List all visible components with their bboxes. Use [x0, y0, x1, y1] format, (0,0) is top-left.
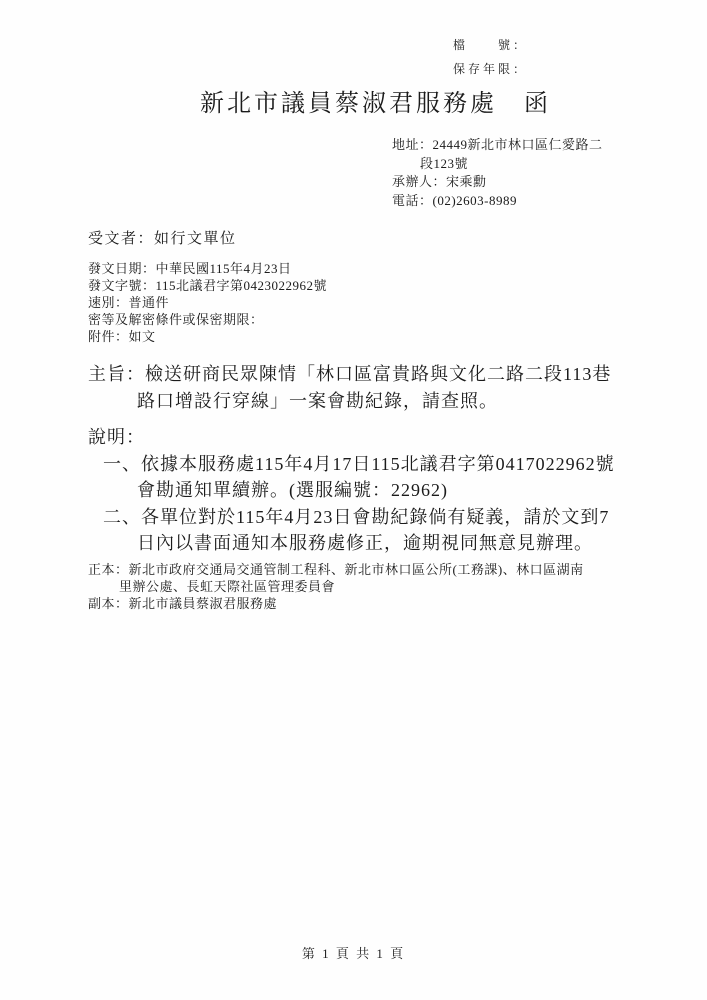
file-number-label: 檔 號： — [453, 33, 528, 57]
priority-line: 速別：普通件 — [88, 294, 327, 311]
page-number: 第 1 頁 共 1 頁 — [0, 943, 707, 962]
original-recipients-line-2: 里辦公處、長虹天際社區管理委員會 — [88, 578, 584, 595]
explanation-item-2-line-2: 日內以書面通知本服務處修正，逾期視同無意見辦理。 — [137, 530, 615, 557]
explanation-heading: 說明： — [88, 424, 615, 451]
document-meta: 發文日期：中華民國115年4月23日 發文字號：115北議君字第04230229… — [88, 260, 327, 345]
sender-address-line2: 段123號 — [392, 155, 603, 174]
subject-block: 主旨：檢送研商民眾陳情「林口區富貴路與文化二路二段113巷 路口增設行穿線」一案… — [88, 361, 611, 415]
explanation-block: 說明： 一、依據本服務處115年4月17日115北議君字第0417022962號… — [88, 424, 615, 557]
retention-period-label: 保存年限： — [453, 57, 528, 81]
document-title: 新北市議員蔡淑君服務處 函 — [200, 83, 551, 118]
cc-recipients-line: 副本：新北市議員蔡淑君服務處 — [88, 595, 584, 612]
issue-date-line: 發文日期：中華民國115年4月23日 — [88, 260, 327, 277]
copies-block: 正本：新北市政府交通局交通管制工程科、新北市林口區公所(工務課)、林口區湖南 里… — [88, 561, 584, 612]
document-page: 檔 號： 保存年限： 新北市議員蔡淑君服務處 函 地址：24449新北市林口區仁… — [0, 0, 707, 1000]
explanation-item-1-line-1: 一、依據本服務處115年4月17日115北議君字第0417022962號 — [103, 451, 615, 478]
explanation-item-1-line-2: 會勘通知單續辦。(選服編號：22962) — [137, 477, 615, 504]
attachment-line: 附件：如文 — [88, 328, 327, 345]
original-recipients-line-1: 正本：新北市政府交通局交通管制工程科、新北市林口區公所(工務課)、林口區湖南 — [88, 561, 584, 578]
explanation-item-2-line-1: 二、各單位對於115年4月23日會勘紀錄倘有疑義，請於文到7 — [103, 504, 615, 531]
sender-phone: 電話：(02)2603-8989 — [392, 192, 603, 211]
doc-number-line: 發文字號：115北議君字第0423022962號 — [88, 277, 327, 294]
archive-labels: 檔 號： 保存年限： — [453, 33, 528, 81]
sender-info: 地址：24449新北市林口區仁愛路二 段123號 承辦人：宋乘勳 電話：(02)… — [392, 136, 603, 210]
subject-line-2: 路口增設行穿線」一案會勘紀錄，請查照。 — [88, 388, 611, 415]
recipient-line: 受文者：如行文單位 — [88, 227, 237, 248]
subject-line-1: 主旨：檢送研商民眾陳情「林口區富貴路與文化二路二段113巷 — [88, 361, 611, 388]
security-line: 密等及解密條件或保密期限： — [88, 311, 327, 328]
sender-address-line1: 地址：24449新北市林口區仁愛路二 — [392, 136, 603, 155]
sender-contact-person: 承辦人：宋乘勳 — [392, 173, 603, 192]
